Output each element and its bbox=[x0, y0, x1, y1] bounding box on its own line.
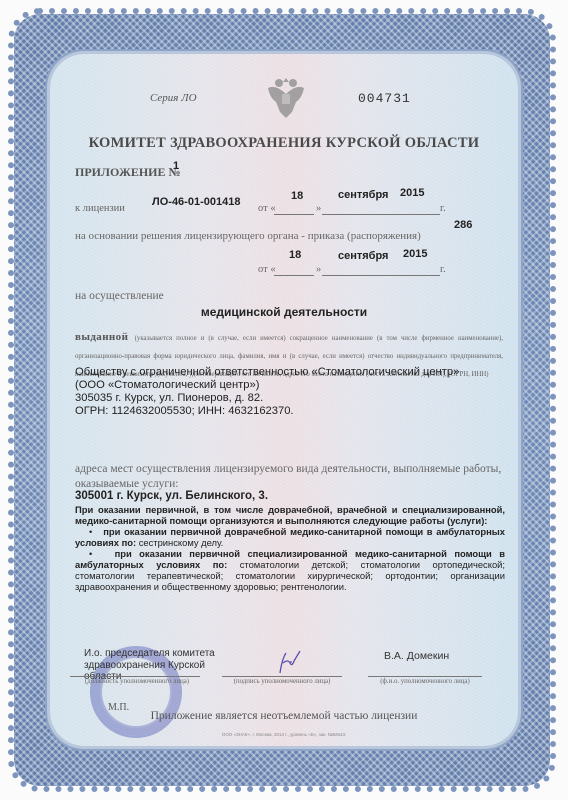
license-quote-close: » bbox=[316, 203, 321, 214]
order-from-label: от « bbox=[258, 264, 276, 275]
license-day-line bbox=[274, 214, 314, 215]
role-caption: (должность уполномоченного лица) bbox=[62, 678, 212, 685]
license-year-suffix: г. bbox=[440, 203, 446, 214]
license-day: 18 bbox=[291, 190, 303, 202]
license-number: ЛО-46-01-001418 bbox=[152, 196, 240, 208]
appendix-number: 1 bbox=[173, 160, 179, 172]
license-month: сентября bbox=[338, 189, 388, 201]
services-text: При оказании первичной, в том числе довр… bbox=[75, 504, 505, 592]
committee-title: КОМИТЕТ ЗДРАВООХРАНЕНИЯ КУРСКОЙ ОБЛАСТИ bbox=[0, 135, 568, 152]
name-line bbox=[368, 676, 482, 677]
service-item: • при оказании первичной специализирован… bbox=[75, 548, 505, 592]
service-item: • при оказании первичной доврачебной мед… bbox=[75, 526, 505, 548]
name-caption: (ф.и.о. уполномоченного лица) bbox=[368, 678, 482, 685]
sign-caption: (подпись уполномоченного лица) bbox=[222, 678, 342, 685]
coat-of-arms-icon bbox=[262, 74, 310, 122]
license-label: к лицензии bbox=[75, 203, 125, 214]
order-date-line bbox=[322, 275, 440, 276]
license-year: 2015 bbox=[400, 187, 424, 199]
order-number: 286 bbox=[454, 219, 472, 231]
sign-line bbox=[222, 676, 342, 677]
signatory-name: В.А. Домекин bbox=[384, 650, 449, 662]
order-label: на основании решения лицензирующего орга… bbox=[75, 230, 421, 242]
services-intro: При оказании первичной, в том числе довр… bbox=[75, 504, 505, 526]
order-year-suffix: г. bbox=[440, 264, 446, 275]
service-item-services: сестринскому делу. bbox=[139, 537, 224, 548]
activity-value: медицинской деятельности bbox=[0, 305, 568, 319]
role-line bbox=[70, 676, 200, 677]
org-line: 305035 г. Курск, ул. Пионеров, д. 82. bbox=[75, 392, 505, 405]
appendix-label: ПРИЛОЖЕНИЕ № bbox=[75, 165, 181, 180]
issued-label: выданной bbox=[75, 331, 128, 343]
org-line: (ООО «Стоматологический центр») bbox=[75, 379, 505, 392]
organization-details: Обществу с ограниченной ответственностью… bbox=[75, 366, 505, 418]
addresses-label: адреса мест осуществления лицензируемого… bbox=[75, 462, 515, 492]
license-date-line bbox=[322, 214, 440, 215]
order-day: 18 bbox=[289, 249, 301, 261]
org-line: ОГРН: 1124632005530; ИНН: 4632162370. bbox=[75, 405, 505, 418]
order-quote-close: » bbox=[316, 264, 321, 275]
order-year: 2015 bbox=[403, 248, 427, 260]
license-from-label: от « bbox=[258, 203, 276, 214]
signature-mark bbox=[274, 649, 306, 675]
order-month: сентября bbox=[338, 250, 388, 262]
org-line: Обществу с ограниченной ответственностью… bbox=[75, 366, 505, 379]
appendix-statement: Приложение является неотъемлемой частью … bbox=[0, 710, 568, 722]
form-number: 004731 bbox=[358, 91, 411, 106]
activity-label: на осуществление bbox=[75, 290, 164, 302]
order-day-line bbox=[274, 275, 314, 276]
series-label: Серия ЛО bbox=[150, 92, 197, 104]
printer-imprint: ООО «ЗНАК», г. Москва, 2014 г., уровень … bbox=[0, 732, 568, 737]
service-address: 305001 г. Курск, ул. Белинского, 3. bbox=[75, 490, 268, 502]
